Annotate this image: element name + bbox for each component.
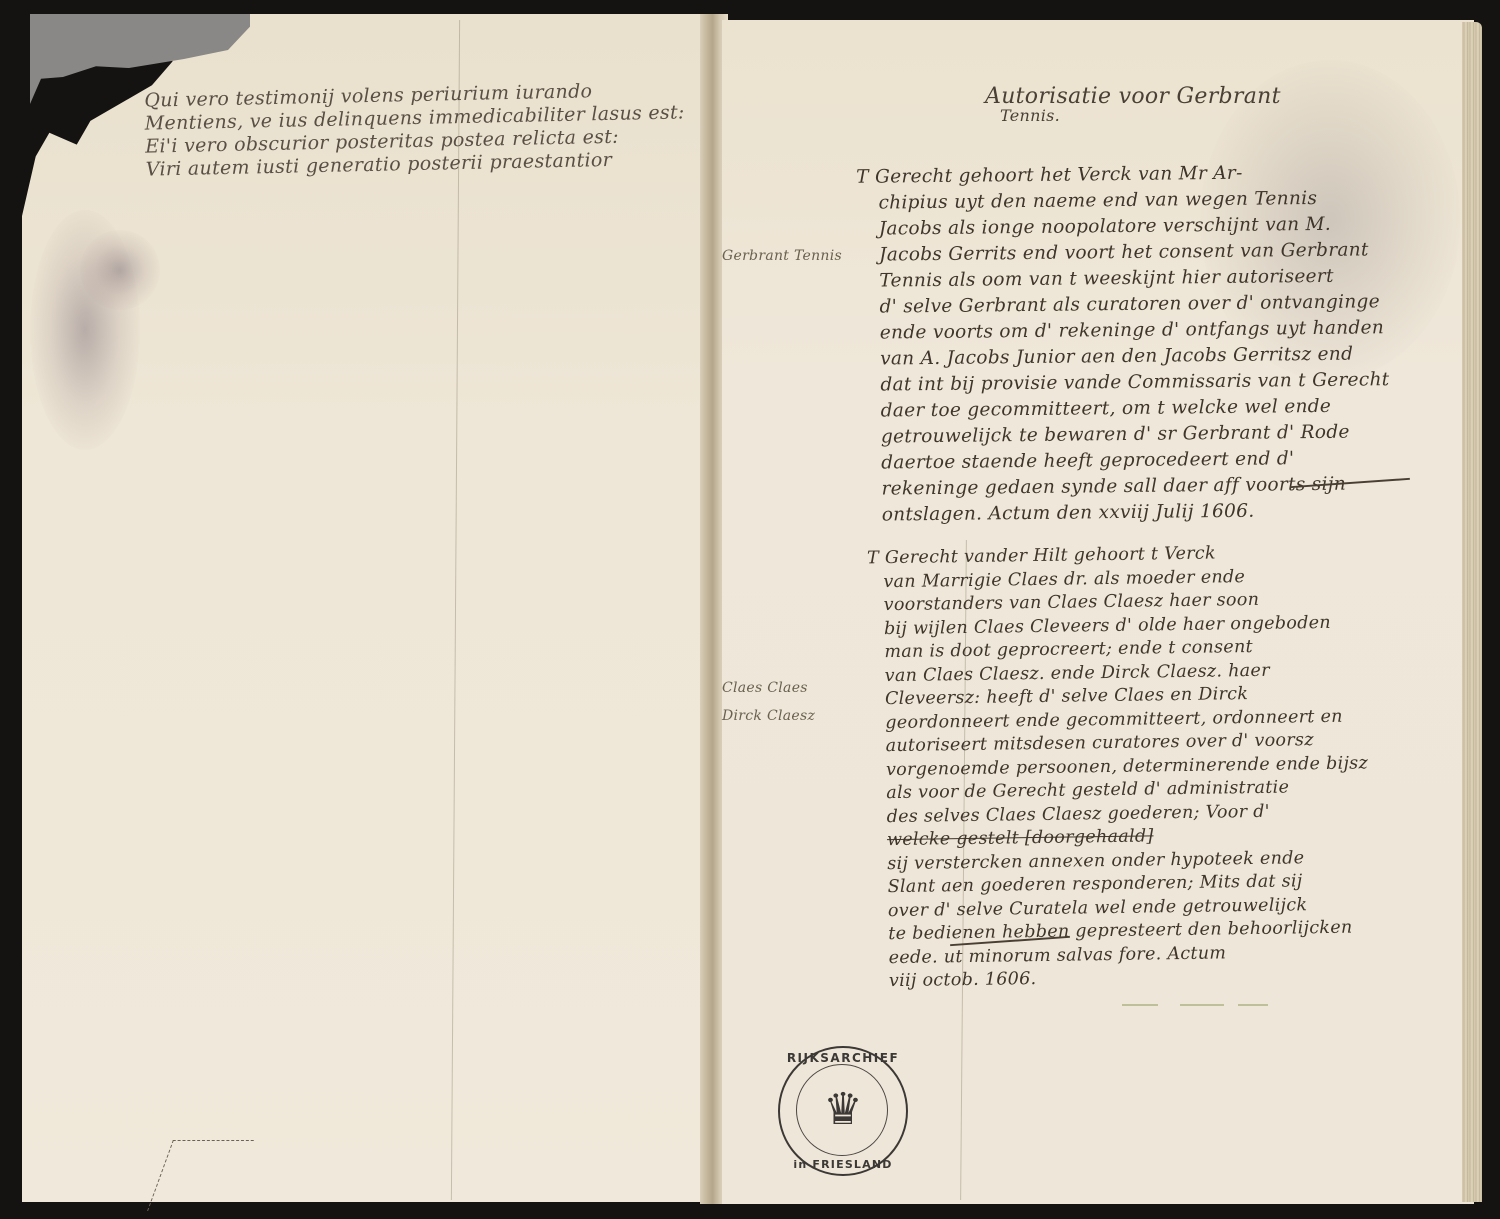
- coat-of-arms-icon: ♛: [816, 1080, 870, 1140]
- stamp-top-text: RIJKSARCHIEF: [780, 1051, 906, 1065]
- entry-heading-line2: Tennis.: [1000, 106, 1060, 125]
- page-edges: [1462, 22, 1482, 1202]
- stamp-bottom-text: in FRIESLAND: [780, 1158, 906, 1171]
- margin-note: Claes Claes: [722, 680, 808, 696]
- faint-mark: [1238, 1004, 1268, 1006]
- margin-note: Dirck Claesz: [722, 708, 815, 724]
- faint-mark: [1180, 1004, 1224, 1006]
- book-spread: Qui vero testimonij volens periurium iur…: [0, 0, 1500, 1219]
- entry-1-text: T Gerecht gehoort het Verck van Mr Ar- c…: [856, 159, 1391, 529]
- text-line: getrouwelijck te bewaren d' sr Gerbrant …: [859, 419, 1390, 451]
- faint-mark: [1122, 1004, 1158, 1006]
- archive-stamp: RIJKSARCHIEF ♛ in FRIESLAND: [778, 1046, 908, 1176]
- left-page: [22, 14, 706, 1202]
- water-stain: [80, 230, 160, 310]
- margin-note: Gerbrant Tennis: [722, 248, 842, 264]
- text-line: rekeninge gedaen synde sall daer aff voo…: [859, 471, 1390, 503]
- text-line: ontslagen. Actum den xxviij Julij 1606.: [860, 497, 1391, 529]
- entry-2-text: T Gerecht vander Hilt gehoort t Verck va…: [847, 540, 1371, 994]
- latin-verse: Qui vero testimonij volens periurium iur…: [144, 78, 686, 181]
